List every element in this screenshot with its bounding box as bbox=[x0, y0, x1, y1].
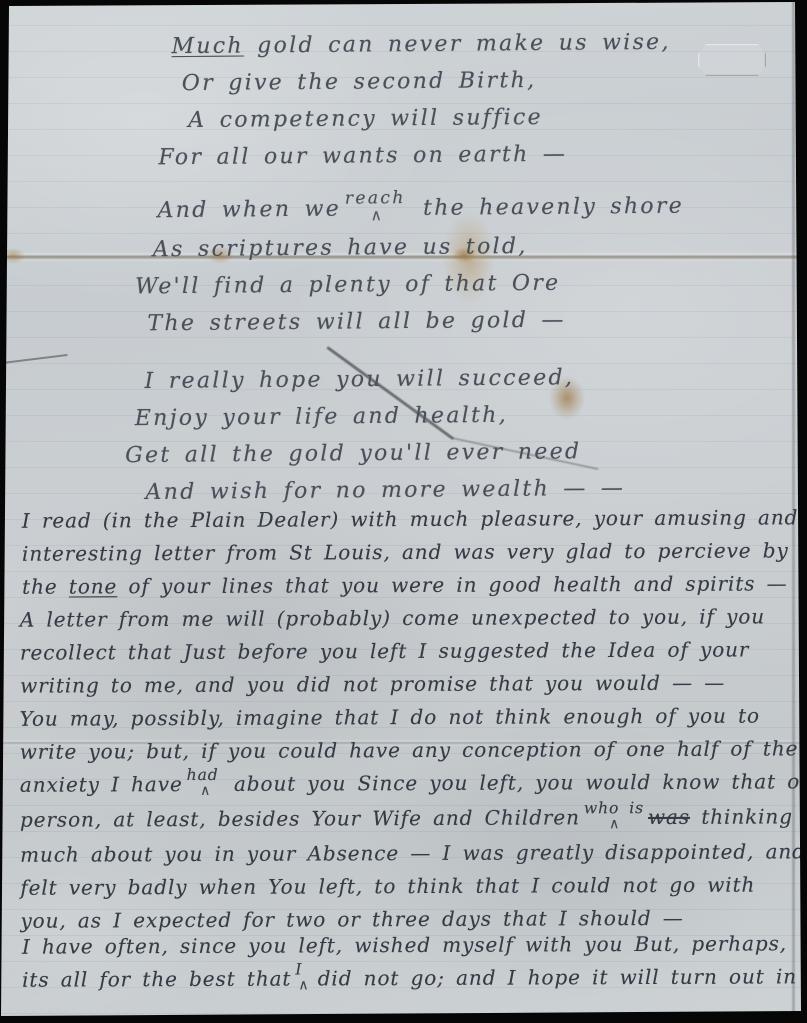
handwritten-line: its all for the best thatI did not go; a… bbox=[22, 960, 797, 998]
handwritten-line: We'll find a plenty of that Ore bbox=[135, 264, 685, 306]
handwritten-text: And wish for no more wealth — — bbox=[145, 476, 625, 505]
letter-paper-sheet: Much gold can never make us wise,Or give… bbox=[0, 0, 807, 1023]
letter-paragraph-2: A letter from me will (probably) come un… bbox=[20, 600, 766, 702]
handwritten-text: As scriptures have us told, bbox=[153, 234, 528, 262]
handwritten-text: And when we bbox=[157, 197, 341, 224]
handwritten-text: recollect that Just before you left I su… bbox=[20, 637, 749, 664]
handwritten-line: And when wereach the heavenly shore bbox=[157, 188, 684, 232]
handwritten-line: As scriptures have us told, bbox=[153, 227, 685, 269]
handwritten-text: I have often, since you left, wished mys… bbox=[22, 931, 787, 958]
scanned-letter-page: { "scan": { "background_color": "#060606… bbox=[0, 0, 807, 1023]
fold-stain-left bbox=[0, 248, 26, 264]
handwritten-line: write you; but, if you could have any co… bbox=[20, 732, 807, 769]
handwritten-text: A letter from me will (probably) come un… bbox=[20, 604, 765, 631]
handwritten-text: Or give the second Birth, bbox=[182, 68, 537, 96]
handwritten-line: felt very badly when You left, to think … bbox=[20, 868, 807, 905]
handwritten-line: The streets will all be gold — bbox=[147, 301, 685, 343]
inserted-word-above-line: I bbox=[295, 953, 302, 986]
embossed-paper-seal bbox=[698, 44, 766, 76]
poem-stanza-3: I really hope you will succeed,Enjoy you… bbox=[124, 359, 625, 511]
handwritten-line: the tone of your lines that you were in … bbox=[22, 567, 799, 603]
handwritten-line: I read (in the Plain Dealer) with much p… bbox=[22, 501, 799, 537]
handwritten-text: the bbox=[22, 574, 69, 598]
handwritten-line: Much gold can never make us wise, bbox=[171, 24, 671, 65]
handwritten-line: You may, possibly, imagine that I do not… bbox=[19, 699, 807, 736]
handwritten-text: did not go; and I hope it will turn out … bbox=[306, 964, 797, 990]
inserted-word-above-line: had bbox=[187, 759, 219, 792]
handwritten-text: interesting letter from St Louis, and wa… bbox=[22, 538, 789, 565]
handwritten-line: A competency will suffice bbox=[188, 98, 672, 139]
handwritten-text: about you Since you left, you would know… bbox=[223, 769, 807, 796]
struck-out-word: was bbox=[648, 805, 690, 829]
handwritten-text: thinking bbox=[690, 804, 793, 828]
handwritten-text: For all our wants on earth — bbox=[158, 142, 567, 171]
handwritten-line: I have often, since you left, wished mys… bbox=[22, 927, 797, 963]
handwritten-text: writing to me, and you did not promise t… bbox=[20, 671, 725, 698]
handwritten-line: Enjoy your life and health, bbox=[135, 396, 625, 437]
handwritten-line: A letter from me will (probably) come un… bbox=[20, 600, 765, 636]
handwritten-text: The streets will all be gold — bbox=[147, 308, 566, 337]
poem-stanza-2: And when wereach the heavenly shoreAs sc… bbox=[134, 188, 685, 343]
handwritten-line: anxiety I havehad about you Since you le… bbox=[20, 765, 807, 804]
handwritten-text: I read (in the Plain Dealer) with much p… bbox=[22, 505, 799, 532]
handwritten-text: A competency will suffice bbox=[188, 105, 543, 133]
handwritten-line: writing to me, and you did not promise t… bbox=[20, 666, 765, 702]
handwritten-line: Get all the gold you'll ever need bbox=[125, 433, 625, 474]
handwritten-line: interesting letter from St Louis, and wa… bbox=[22, 534, 799, 570]
handwritten-line: recollect that Just before you left I su… bbox=[20, 633, 765, 669]
handwritten-line: For all our wants on earth — bbox=[158, 135, 672, 176]
handwritten-line: much about you in your Absence — I was g… bbox=[20, 835, 807, 872]
underlined-word: Much bbox=[171, 34, 244, 60]
handwritten-text: I really hope you will succeed, bbox=[144, 365, 574, 394]
handwritten-text: Get all the gold you'll ever need bbox=[125, 439, 581, 468]
handwritten-text: anxiety I have bbox=[20, 772, 183, 797]
handwritten-text: the heavenly shore bbox=[410, 194, 685, 221]
handwritten-line: I really hope you will succeed, bbox=[144, 359, 624, 400]
handwritten-text: write you; but, if you could have any co… bbox=[20, 736, 799, 763]
inserted-word-above-line: reach bbox=[345, 180, 406, 218]
handwritten-text: Enjoy your life and health, bbox=[135, 403, 508, 431]
poem-stanza-1: Much gold can never make us wise,Or give… bbox=[171, 24, 671, 176]
inserted-word-above-line: who is bbox=[584, 792, 644, 825]
handwritten-text: gold can never make us wise, bbox=[244, 30, 671, 59]
letter-paragraph-4: I have often, since you left, wished mys… bbox=[22, 927, 797, 998]
handwritten-text: You may, possibly, imagine that I do not… bbox=[20, 704, 761, 731]
handwritten-text: of your lines that you were in good heal… bbox=[117, 571, 787, 598]
handwritten-text: We'll find a plenty of that Ore bbox=[135, 271, 560, 300]
handwritten-text: much about you in your Absence — I was g… bbox=[20, 839, 806, 866]
letter-paragraph-3: You may, possibly, imagine that I do not… bbox=[19, 699, 807, 938]
handwritten-text: person, at least, besides Your Wife and … bbox=[20, 805, 580, 831]
handwritten-text: its all for the best that bbox=[22, 967, 291, 992]
handwritten-text: felt very badly when You left, to think … bbox=[20, 873, 755, 900]
underlined-word: tone bbox=[69, 574, 118, 598]
handwritten-line: person, at least, besides Your Wife and … bbox=[20, 800, 807, 839]
handwritten-line: Or give the second Birth, bbox=[182, 61, 672, 102]
letter-paragraph-1: I read (in the Plain Dealer) with much p… bbox=[22, 501, 799, 603]
